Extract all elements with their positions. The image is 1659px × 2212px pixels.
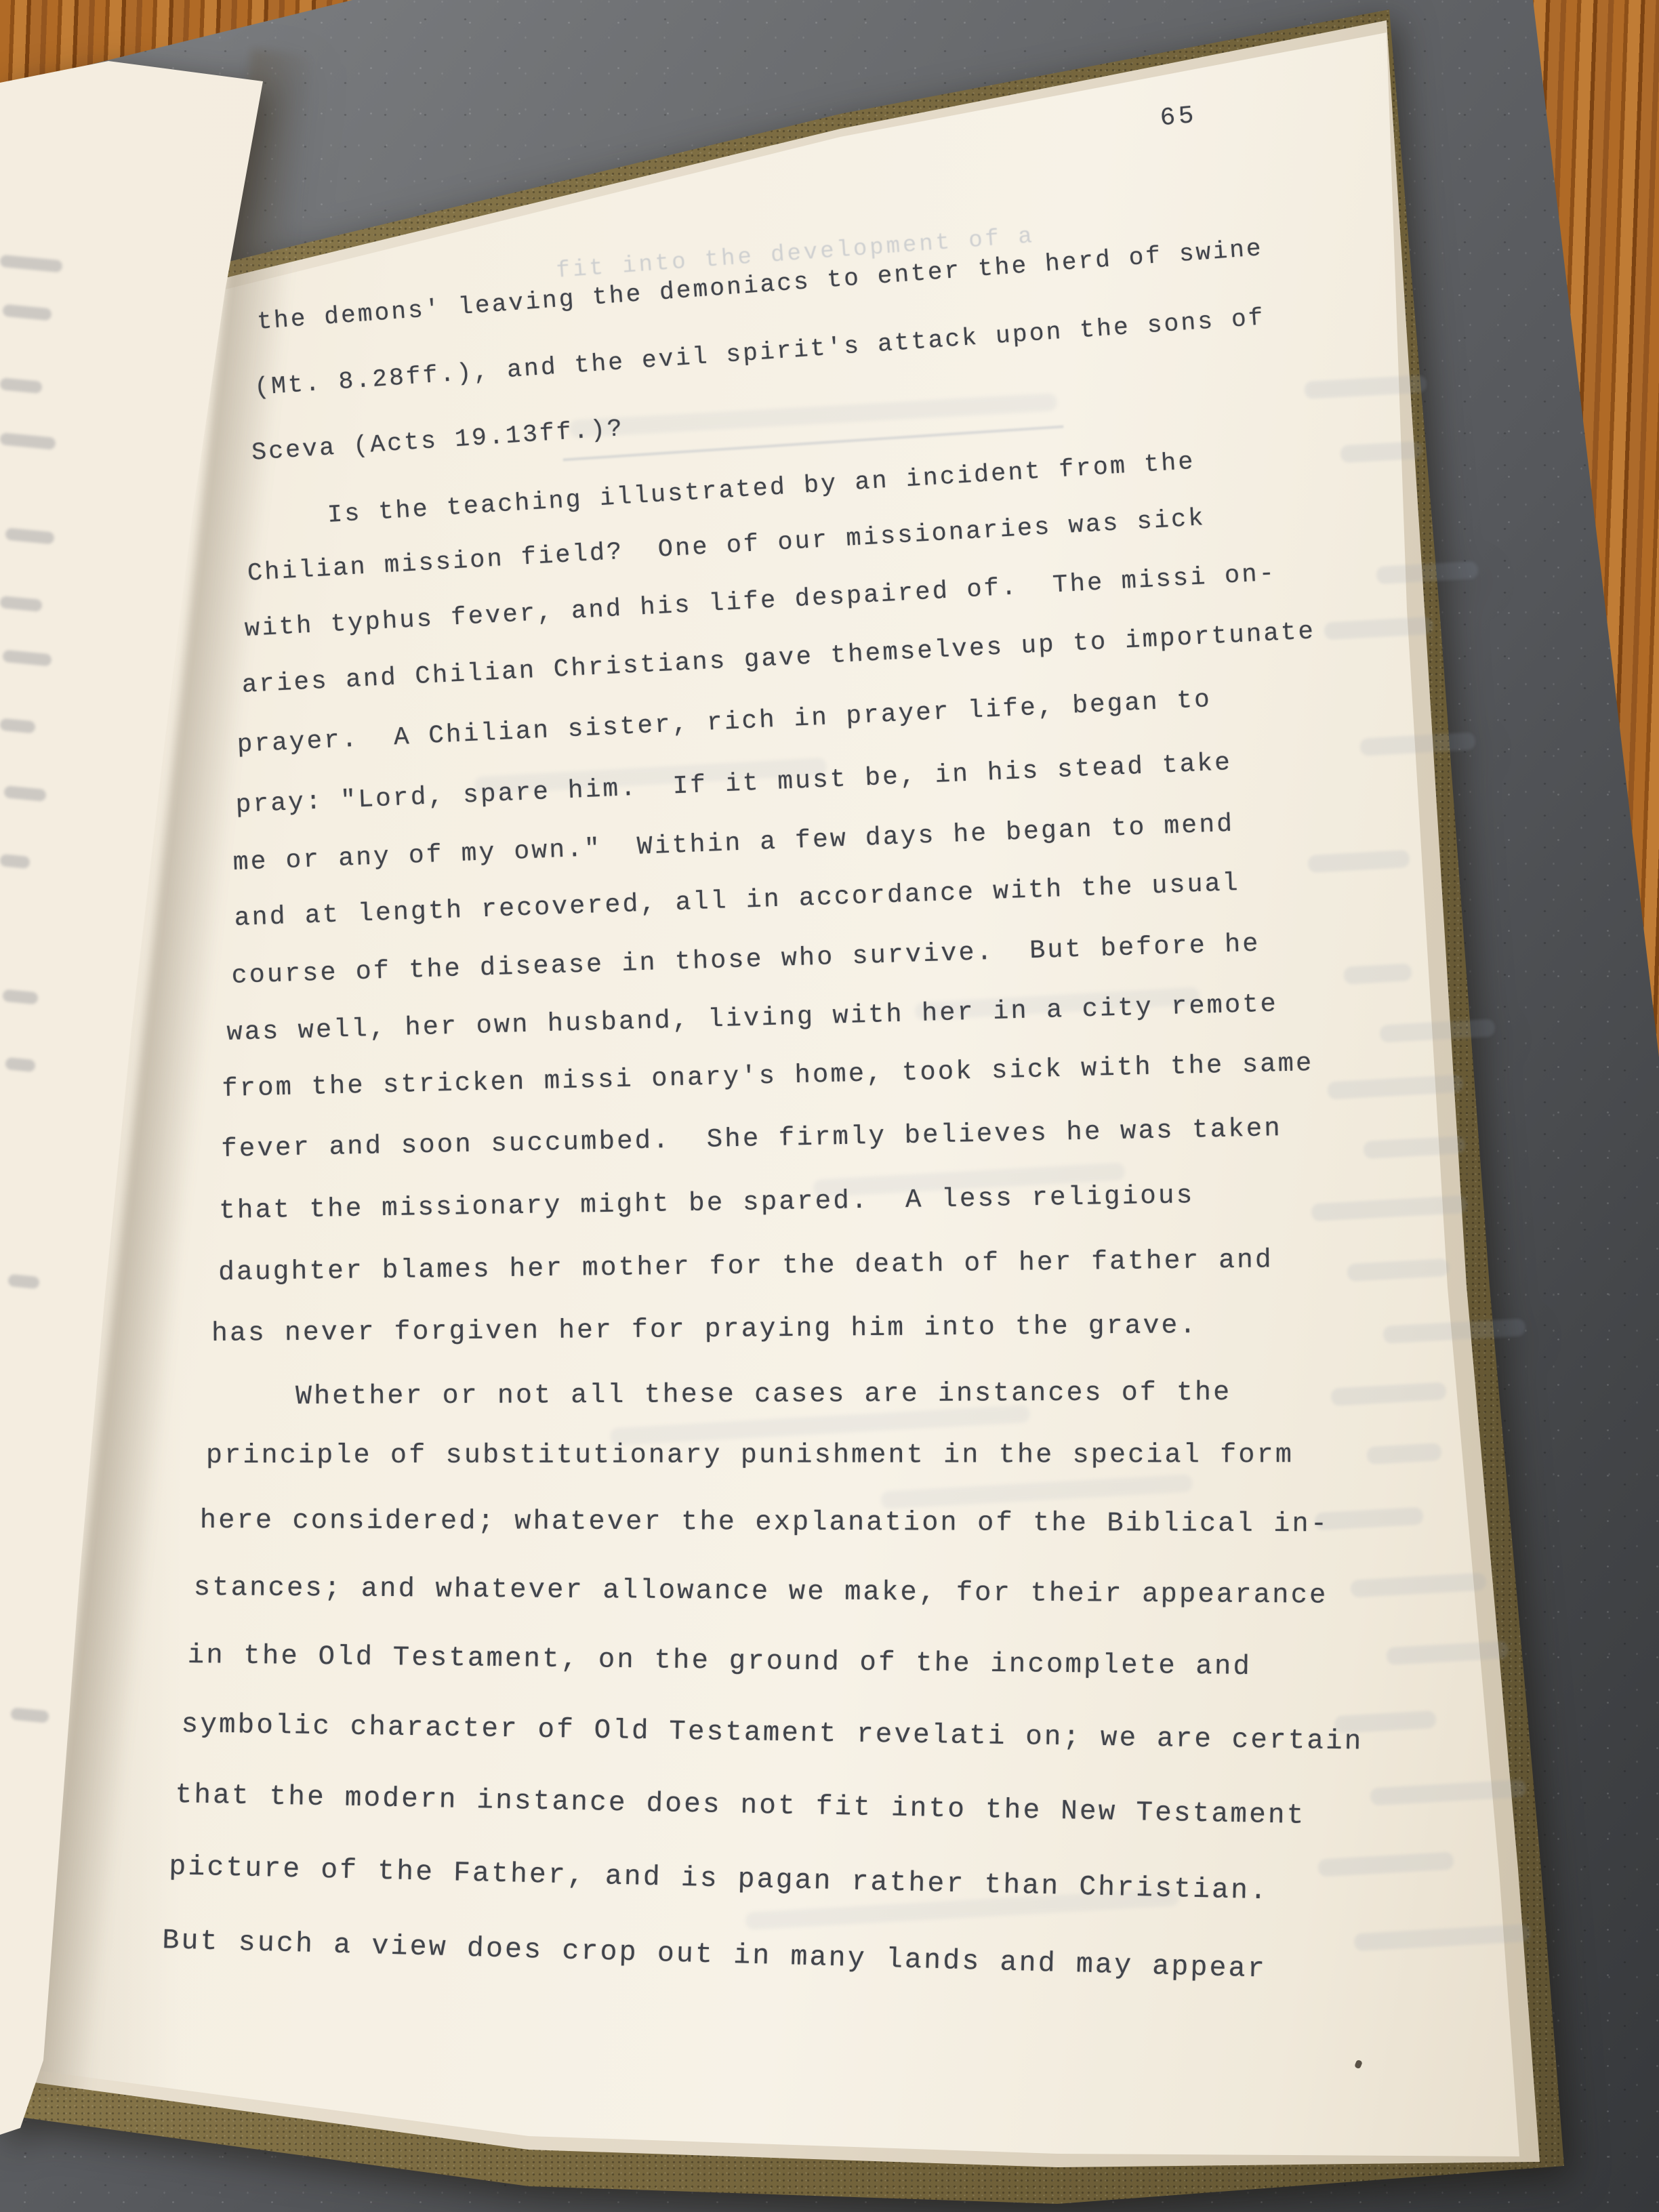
bleed-through-smudge: [1343, 963, 1412, 985]
typewritten-line: Whether or not all these cases are insta…: [295, 1377, 1231, 1412]
page-number: 65: [1159, 102, 1198, 134]
typewritten-line: principle of substitutionary punishment …: [206, 1440, 1294, 1471]
book-photo: fit into the development of a 65 the dem…: [0, 0, 1659, 2212]
typewritten-line: here considered; whatever the explanatio…: [200, 1506, 1329, 1540]
open-book: fit into the development of a 65 the dem…: [0, 0, 1659, 2212]
